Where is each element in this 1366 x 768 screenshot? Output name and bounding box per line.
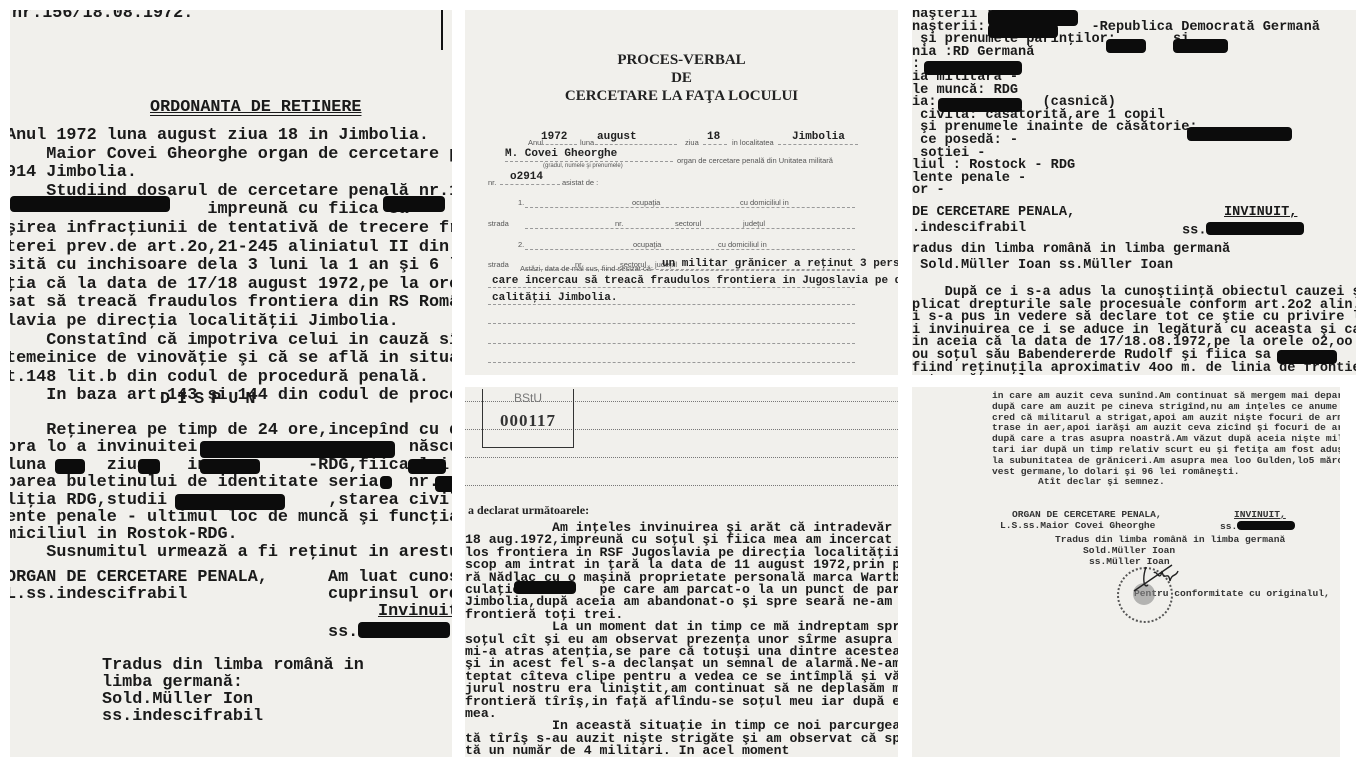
text-line: la subunitatea de grăniceri.Am asupra me… [992,456,1340,466]
redaction-bar [435,476,452,492]
redaction-bar [358,622,450,638]
text-line: Atît declar şi semnez. [992,477,1165,487]
form-field-label: nr. [615,219,623,228]
signature-invinuit-label: INVINUIT, [1224,206,1297,220]
redaction-bar [138,459,160,474]
text-line: 914 Jimbolia. [10,165,137,182]
signature-organ-name: L.S.ss.Maior Covei Gheorghe [1000,521,1155,531]
document-title: ORDONANTA DE RETINERE [150,100,361,117]
label-organ: organ de cercetare penală din Unitatea m… [677,156,833,165]
label-ziua: ziua [685,138,699,147]
text-line: in care am auzit ceva sunînd.Am continua… [992,391,1340,401]
redaction-bar [924,61,1022,75]
declared-label: a declarat următoarele: [468,503,589,518]
redaction-bar [1206,222,1304,235]
translation-line-2: Sold.Müller Ioan ss.Müller Ioan [912,259,1173,273]
text-line: Susnumitul urmează a fi reţinut in arest… [10,545,452,562]
redaction-bar [1277,350,1337,364]
translation-line-1: Tradus din limba română in limba germană [1055,535,1285,545]
text-line: terei prev.de art.2o,21-245 aliniatul II… [10,240,452,257]
text-line: sită cu inchisoare dela 3 luni la 1 an ş… [10,258,452,275]
form-field-label: judeţul [743,219,765,228]
text-line: nia :RD Germană [912,46,1034,60]
label-nr: nr. [488,178,496,187]
label-asistat: asistat de : [562,178,598,187]
signature-icon [1132,559,1222,593]
redaction-bar [55,459,85,474]
form-field-label: sectorul [675,219,701,228]
signature-invinuit: ss. [1220,521,1295,532]
text-line: Constatînd că impotriva celui in cauză s… [10,333,452,350]
redaction-bar [200,459,260,474]
text-line: ente penale - ultimul loc de muncă şi fu… [10,510,452,527]
signature-invinuit: ss. [1182,222,1304,238]
officer-caption: (gradul, numele şi prenumele) [543,163,623,169]
text-line: tă un număr de 4 militari. In acel momen… [465,744,789,757]
text-line: după care a tras asupra noastră.Am văzut… [992,434,1340,444]
form-field-label: strada [488,260,509,269]
redaction-bar [938,98,1022,112]
text-line: tari iar după un timp relativ scurt eu ş… [992,445,1340,455]
acknowledgement-invinuit: Invinuit [378,604,452,621]
text-line: parea buletinului de identitate seria nr… [10,475,439,492]
redaction-bar [988,24,1058,38]
translation-line-1: radus din limba română in limba germană [912,243,1230,257]
text-line: Maior Covei Gheorghe organ de cercetare … [10,147,452,164]
redaction-bar [1173,39,1228,53]
form-field-label: cu domiciliul in [740,198,789,207]
signature-organ-label: ORGAN DE CERCETARE PENALA, [1012,510,1162,520]
value-unit-nr: o2914 [510,171,543,183]
stamp-number: 000117 [483,411,573,431]
stamp-label: BStU [483,391,573,405]
text-line: miciliul in Rostok-RDG. [10,527,238,544]
value-ziua: 18 [707,131,720,143]
redaction-bar [1187,127,1292,141]
redaction-bar [10,196,170,212]
text-line: vest germane,lo dolari şi 96 lei româneş… [992,467,1240,477]
document-date-personale: naşterii :naşterii: -Republica Democrată… [912,10,1356,375]
text-line: raţ următoarele: [912,374,1043,375]
label-sesizat: Astăzi, data de mai sus, fiind sesizat c… [520,264,653,273]
text-line: temeinice de vinovăţie şi că se află in … [10,351,452,368]
text-line: frontieră tîrîş,in faţă aflîndu-se soţul… [465,695,898,708]
redaction-bar [200,441,395,458]
text-line: şirea infracţiunii de tentativă de trece… [10,221,452,238]
sesizat-line-3: calităţii Jimbolia. [492,292,617,304]
value-localitatea: Jimbolia [792,131,845,143]
text-line: Anul 1972 luna august ziua 18 in Jimboli… [10,128,429,145]
signature-organ-name: .indescifrabil [912,222,1026,236]
archive-stamp: BStU 000117 [482,389,574,448]
form-field-label: strada [488,219,509,228]
text-line: lavia pe direcţia localităţii Jimbolia. [10,314,399,331]
text-line: ţia că la data de 17/18 august 1972,pe l… [10,277,452,294]
sesizat-line-2: care incercau să treacă fraudulos fronti… [492,275,898,287]
document-ordonanta-de-retinere: nr.156/18.08.1972. ORDONANTA DE RETINERE… [10,10,452,757]
redaction-bar [408,459,446,474]
text-line: or - [912,184,945,198]
document-declaratie: BStU 000117 a declarat următoarele: Am i… [465,387,898,757]
label-luna: luna [580,138,594,147]
text-line: trase in aer,apoi iarăşi am auzit ceva z… [992,423,1340,433]
document-proces-verbal: PROCES-VERBAL DE CERCETARE LA FAŢA LOCUL… [465,10,898,375]
text-line: după care am auzit pe cineva strigînd,nu… [992,402,1340,412]
form-field-label: cu domiciliul in [718,240,767,249]
text-line: sat să treacă fraudulos frontiera din RS… [10,295,452,312]
redaction-bar [383,196,445,212]
sesizat-line-1: un militar grănicer a reţinut 3 persoane [662,258,898,270]
value-luna: august [597,131,637,143]
form-title-line-2: DE [465,70,898,87]
text-line: t.148 lit.b din codul de procedură penal… [10,370,429,387]
signature-organ-name: L.ss.indescifrabil [10,587,187,604]
value-anul: 1972 [541,131,567,143]
translation-line-4: ss.indescifrabil [102,709,263,726]
document-declaratie-final: in care am auzit ceva sunînd.Am continua… [912,387,1340,757]
redaction-bar [175,494,285,510]
form-field-label: ocupaţia [632,198,660,207]
redaction-bar [514,581,576,594]
signature-invinuit-label: INVINUIT, [1234,510,1286,520]
form-title-line-1: PROCES-VERBAL [465,52,898,69]
label-localitatea: in localitatea [732,138,774,147]
form-field-label: ocupaţia [633,240,661,249]
text-line: Reţinerea pe timp de 24 ore,incepînd cu … [10,423,452,440]
acknowledgement-ss: ss. [328,622,450,642]
text-line: cred că militarul a strigat,apoi am auzi… [992,413,1340,423]
translation-line-2: Sold.Müller Ioan [1083,546,1175,556]
signature-organ-label: DE CERCETARE PENALA, [912,206,1075,220]
redaction-bar [380,476,392,489]
section-title-dispun: DISPUN [160,392,262,409]
value-officer: M. Covei Gheorghe [505,148,617,160]
document-reference-number: nr.156/18.08.1972. [12,10,193,23]
redaction-bar [1237,521,1295,530]
form-title-line-3: CERCETARE LA FAŢA LOCULUI [465,88,898,105]
form-field-label: 2. [518,240,524,249]
form-field-label: 1. [518,198,524,207]
redaction-bar [1106,39,1146,53]
page-edge-mark [441,10,443,50]
